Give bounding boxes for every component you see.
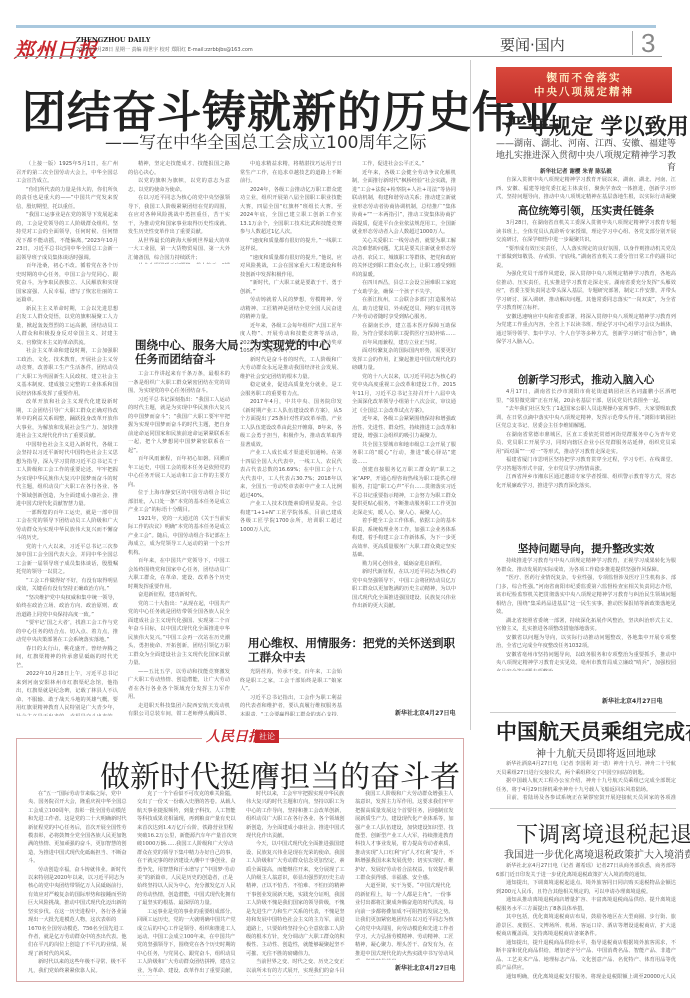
paragraph: 安徽省亳州市坚持问题导向，以政务服务和专项整治为重要抓手，推动中央八项规定精神学… (496, 651, 676, 672)
right-article-2-body: 新华社酒泉4月27日电（记者 李国利 刘一诺）神舟十九号、神舟二十号航天员乘组2… (496, 760, 676, 800)
paragraph: 时代以来，工会牢牢把握实现中华民族伟大复兴的时代主题和方向，坚持以职工为中心的工… (246, 790, 346, 840)
topic-banner: 锲而不舍落实 中央八项规定精神 (496, 67, 672, 103)
section-divider (490, 808, 676, 809)
paragraph: 湖北省按照省委统一部署，持续深化拓展作风整治，坚决纠治形式主义、官僚主义，扎实推… (496, 617, 676, 634)
paragraph: 走进职天科技集团六院西安航天发动机有限公司总装车间，钳工老师傅头戴面罩、手拿焊枪… (128, 702, 230, 717)
banner-line-1: 锲而不舍落实 (496, 71, 672, 85)
paragraph: 习近平总书记指出，工会作为职工利益的代表者和维护者，要认真履行维权服务基本职责，… (240, 694, 342, 717)
paragraph: 一部辉煌的百年工运史，就是一部中国工会在党的领导下团结动员工人阶级和广大劳动群众… (16, 509, 118, 543)
right-article-2-subheadline: 神十九航天员即将返回地球 (536, 745, 656, 760)
banner-line-2: 中央八项规定精神 (496, 85, 672, 99)
paragraph: 当前世界之变、时代之变、历史之变正以前所未有的方式展开，实现我们的奋斗目标，推进… (246, 958, 346, 976)
paragraph: 党的二十大指出：“从现在起，中国共产党的中心任务就是团结带领全国各族人民全面建成… (128, 600, 230, 668)
paragraph: 据中国载人航天工程办公室介绍，神舟十九号航天员乘组已完成全部既定任务，将于4月2… (496, 777, 676, 794)
paragraph: 近年来，各级工会健全劳动争议化解机制，全面推行新时代“枫桥经验”社会实践，推进“… (352, 169, 456, 237)
paragraph: 习近平总书记深刻指出：“我国工人运动的时代主题，就是为实现中华民族伟大复兴的中国… (128, 396, 230, 456)
paragraph: 福建则注重因地制宜，营造良好社会氛围，坚持把严的基调、实的要求贯穿学习教育全过程… (496, 347, 676, 348)
paragraph: 在四川西昌，县总工会设立困难职工家庭子女助学金，确保一个孩子不失学。 (352, 279, 456, 296)
right-article-1-section-3-body: 持续推进学习教育与中央八项规定精神学习教育，正视学习成果转化为服务群众、推动发展… (496, 557, 676, 671)
right-article-3-headline: 下调离境退税起退点 (516, 818, 690, 849)
paragraph: 3月28日，在湖南省直机关工委深入贯彻中央八项规定精神学习教育专题读书班上，全体… (496, 219, 676, 245)
paragraph: 4月17日，湖南省长沙市浏阳市荷花街道鹤园社区名词鑫鹏小区酒吧里，“邻里微党课”… (496, 388, 676, 405)
paragraph: “我国工运事业是在党的领导下发展起来的，工会是党领导的工人阶级群众组织。坚持党对… (16, 211, 118, 262)
paragraph: “去年我们社区发生了1起国家公职人员违规操办宴席事件，大家要吸取教训，在日常点滴… (496, 405, 676, 431)
paragraph: 从世界最长的跨海大桥到世界最大的单一大工业园，第一大货物贸易国、第一大外汇储备国… (128, 237, 230, 263)
right-article-2-headline: 中国航天员乘组完成在轨交接 (496, 716, 690, 746)
paragraph: 新华社北京4月27日电（记者 谢希瑶）记者27日从商务部获悉，商务部等6部门近日… (496, 862, 676, 879)
masthead-bottom-rule (16, 56, 662, 57)
paragraph: （上接一版）1925年5月1日，在广州召开的第二次全国劳动大会上，中华全国总工会… (16, 160, 118, 186)
paragraph: 中国特色社会主义进入新时代，各级工会坚持以习近平新时代中国特色社会主义思想为指导… (16, 441, 118, 509)
paragraph: 奋进新征程，建功新时代。 (128, 591, 230, 600)
paragraph: 在以习近平同志为核心的党中央坚强领导下，我国工人阶级紧紧团结在党的周围，在应对各… (128, 194, 230, 237)
paragraph: 勠力同心创伟业，砥砺奋进启新程。 (352, 560, 456, 569)
paragraph: 中追求精益求精，将精湛技巧运用于日常生产工作，在追求卓越技艺的道路上不断前行。 (240, 160, 342, 186)
paragraph: 改革开放和社会主义现代化建设新时期，工会团结引导广大职工群众正确对待改革中的利益… (16, 398, 118, 441)
right-article-1-intro: 自深入贯彻中央八项规定精神学习教育开展以来，湖南、湖北、河南、江西、安徽、福建等… (496, 176, 676, 202)
paragraph: 大道至简，实干为要。“中国式现代化的新征程上，每一个人都是主角”。一份事业付出都… (355, 882, 455, 960)
paragraph: 从北斗组网到天宫翱翔，载人航天、“嫦娥”揽月、“天问”探火，“蛟龙”“奋斗者”号… (128, 262, 230, 264)
paragraph: 通知提出，下调离境退税起退点。境外旅客同日同店购买退税物品金额达到200元人民币… (496, 879, 676, 896)
masthead-top-rule (16, 25, 656, 28)
right-article-1-section-3-title: 坚持问题导向，提升整改实效 (496, 541, 676, 556)
main-article-column-2-top: 精神，坚定走技能成才、技能报国之路的信心决心。 以党的旗帜为旗帜，以党的意志为意… (128, 160, 230, 264)
paragraph: “新时代，广大职工就是要敢于干、勇于创新。” (240, 279, 342, 296)
right-article-3-body: 新华社北京4月27日电（记者 谢希瑶）记者27日从商务部获悉，商务部等6部门近日… (496, 862, 676, 980)
paragraph: 劳动创造幸福，奋斗铸就伟业。新时代以来特别是2020年以来，以习近平同志为核心的… (28, 866, 128, 958)
paragraph: 近年来，各级工会紧紧围绕保持和增强政治性、先进性、群众性，持续推进工会改革和建设… (352, 415, 456, 441)
paragraph: 以党的旗帜为旗帜，以党的意志为意志，以党的使命为使命。 (128, 177, 230, 194)
paragraph: 着手健全工会工作体系，依据工会的基本职责，系统梳理业务工作，加强工会业务体系构建… (352, 517, 456, 560)
main-article-dateline: 新华社北京4月27日电 (395, 708, 456, 717)
paragraph: 今天，以中国式现代化全面推进强国建设、民族复兴伟业是现在光荣的使命。我国工人阶级… (246, 840, 346, 958)
paragraph: 新时代以来的这些年极不寻常、极不平凡，我们党始终紧紧依靠人民。 (28, 958, 128, 975)
paragraph: 在“五一”国际劳动节来临之际，党中央、国务院召开大会，隆重庆祝中华全国总工会成立… (28, 790, 128, 866)
paragraph: “医疗、医药行业情况复杂，专业性强，专项监督涉及医疗卫生机构多、部门多，综合性强… (496, 574, 676, 617)
paragraph: 稳定就业，促进高质量充分就业，是工会服务职工的重要着力点。 (240, 381, 342, 398)
paragraph: 通知提出，提升退税商品供给水平，指导退税商店根据境外旅客需求，不断丰富和优化商品… (496, 939, 676, 973)
paragraph: 劳动铸就着人民的梦想，劳模精神、劳动精神、工匠精神是团结全党全国人民奋进的精神力… (240, 296, 342, 322)
main-article-column-2-bottom: 工会工作讲起来有千条万条，最根本的一条是组织广大职工群众紧密团结在党的周围，为实… (128, 370, 230, 716)
main-article-column-3-bottom: 光阴荏苒，传承不变。百年来，工会始终是职工之家，工会干部始终是职工“娘家人”。 … (240, 668, 342, 716)
paragraph: 工运事业是党的事业的重要组成部分。回顾工运历史，党的一大就明确中国共产党成立后的… (137, 908, 237, 976)
section-label: 要闻·国内 (500, 34, 565, 55)
paragraph: 创建直接服务亿万职工群众的“职工之家”APP，开通心理咨询热线为职工提供心理服务… (352, 466, 456, 517)
main-article-column-3: 中追求精益求精，将精湛技巧运用于日常生产工作，在追求卓越技艺的道路上不断前行。 … (240, 160, 342, 610)
paragraph: 通知从推动离境退税商店增量扩容、丰富离境退税商品供给、提升离境退税服务水平三方面… (496, 896, 676, 913)
paragraph: 百年风雨兼程，百年初心如磐。回溯百年工运史，中国工会的根本任务是依照党的中心任务… (128, 455, 230, 489)
editorial-column-1: 在“五一”国际劳动节来临之际，党中央、国务院召开大会，隆重庆祝中华全国总工会成立… (28, 790, 128, 976)
paragraph: 光阴荏苒，传承不变。百年来，工会始终是职工之家，工会干部始终是职工“娘家人”。 (240, 668, 342, 694)
column-rule (470, 60, 471, 730)
paragraph: 我国工人阶级和广大劳动群众增强主人翁意识，发挥主力军作用。这要求我们牢牢把握高质… (355, 790, 455, 882)
paragraph: 百年风雨兼程，建功立业正当时。 (352, 339, 456, 348)
paragraph: 新时代是奋斗者的时代，工人阶级和广大劳动群众永远是推动我国经济社会发展、维护社会… (240, 356, 342, 382)
section-divider (490, 712, 676, 713)
issue-meta: 2025年4月28日 星期一 责编 周世宇 校对 郑阳红 E-mail:zzrb… (76, 46, 253, 53)
right-article-1-section-1-title: 高位统筹引领，压实责任链条 (496, 203, 676, 218)
main-subheadline: ——写在中华全国总工会成立100周年之际 (105, 128, 426, 153)
paragraph: “坚决维护党中央权威和集中统一领导，始终在政治立场、政治方向、政治原则、政治道路… (16, 594, 118, 620)
paragraph: 2017年4月，中共中央、国务院印发《新时期产业工人队伍建设改革方案》，从5个方… (240, 398, 342, 449)
right-article-1-section-2-body: 4月17日，湖南省长沙市浏阳市荷花街道鹤园社区名词鑫鹏小区酒吧里，“邻里微党课”… (496, 388, 676, 535)
paragraph: “要形成有效压实责任，人人落实规定的良好氛围，以身作则推动机关党员干部做到知敬畏… (496, 245, 676, 271)
right-article-1-section-2-title: 创新学习形式，推动入脑入心 (496, 372, 676, 387)
right-article-1-headline: 严守规定 学以致用 (505, 110, 689, 141)
paragraph: 在浙江杭州，工会联合多部门打造服务站点，助力送餐员、外卖配送员、网约车司机等户外… (352, 296, 456, 322)
editorial-column-3: 时代以来，工会牢牢把握实现中华民族伟大复兴的时代主题和方向，坚持以职工为中心的工… (246, 790, 346, 976)
editorial-column-2: 克了一个个看似不可攻克的难关险隘，交出了一份又一份载入史册的答卷。从载人航天事业… (137, 790, 237, 976)
paragraph: 通知明确，优化离境退税支付服务。将现金退税限额上调至20000元人民币。 (496, 973, 676, 981)
newspaper-english-name: ZHENGZHOU DAILY (76, 36, 150, 44)
paragraph: 新时代新征程，在以习近平同志为核心的党中央坚强领导下，中国工会将团结动员亿万职工… (352, 568, 456, 611)
paragraph: “工会工作做得好不好，有没有取得明显成效，关键看有没有坚持正确政治方向。” (16, 577, 118, 594)
right-article-1-dateline: 新华社北京4月27日电 (602, 696, 663, 705)
paragraph: “你们所代表的力量是伟大的，你们所负的责任也是重大的——”中国共产党发来贺信，殷… (16, 186, 118, 212)
paragraph: 目前，着陆场及各参试系统正在紧锣密鼓开展迎接航天员回家的各项准备。 (496, 794, 676, 800)
paragraph: 春日的太行山，桃花盛开。曾经奔腾之间，红旗渠精神的传承愈显砥砺的时代光芒。 (16, 645, 118, 671)
editorial-dateline: 新华社北京4月27日电 (395, 963, 456, 972)
paragraph: 在湖南省常德市鼎城区，区直工委依托常德河街党群服务中心为青年党员、党员职工开展学… (496, 431, 676, 457)
paragraph: 工会工作讲起来有千条万条，最根本的一条是组织广大职工群众紧密团结在党的周围，为实… (128, 370, 230, 396)
paragraph: 江西省萍乡市湘东区通过邀请专家学者授课、组织警示教育等方式，常态化开展廉政学习，… (496, 473, 676, 490)
paragraph: 安徽省以问题为导向，以实际行动推动问题整改，各地集中开展专项整治，全省已完成全年… (496, 634, 676, 651)
paragraph: 为强化党员干部作风建设，深入贯彻中央八项规定精神学习教育，各地高位推动、压实责任… (496, 270, 676, 313)
page-number-divider (632, 31, 633, 55)
paragraph: 近年来，各级工会每年组织“大国工匠年度人物”、开展劳动和技能竞赛等活动，2021… (240, 322, 342, 356)
paragraph: 百年沧桑，初心不改。循着党在各个历史时期的中心任务，中国工会与党同心、跟党奋斗，… (16, 262, 118, 305)
paragraph: 2024年，各级工会推动亿万职工群众建功立业，组织开展第八届全国职工职业技能大赛… (240, 186, 342, 237)
paragraph: 工作，促进社会公平正义。” (352, 160, 456, 169)
paragraph: 关心关爱职工一线劳动者，就要为职工解决急难愁盼问题。尤其是要关注新就业形态劳动者… (352, 237, 456, 280)
paragraph: 精神，坚定走技能成才、技能报国之路的信心决心。 (128, 160, 230, 177)
main-article-column-4: 工作，促进社会公平正义。” 近年来，各级工会健全劳动争议化解机制，全面推行新时代… (352, 160, 456, 705)
paragraph: “速度和质量都有很好的提升。”他说，应对风险挑战，工会在国家重大工程建设和科技创… (240, 254, 342, 280)
paragraph: 党的十八大以来，习近平总书记三次参加中国工会全国代表大会，并同中华全国总工会新一… (16, 543, 118, 577)
paragraph: 社会主义革命和建设时期，工会加强职工政治、文化、技术教育，开展社会主义劳动竞赛，… (16, 347, 118, 398)
main-article-column-1: （上接一版）1925年5月1日，在广州召开的第二次全国劳动大会上，中华全国总工会… (16, 160, 118, 716)
paragraph: 党的十八大以来，以习近平同志为核心的党中央高度重视工会改革和建设工作。2015年… (352, 373, 456, 416)
paragraph: 位于上海市静安区的中国劳动组合书记部旧址，入口处一条“本党的基本任务是成立产业工… (128, 489, 230, 515)
paragraph: 面对纷繁复杂的国际国内形势，需要更好发挥工会的作用，汇聚起推进中国式现代化的磅礴… (352, 347, 456, 373)
paragraph: “要牢记‘国之大者’，找准工会工作与党的中心任务的结合点、切入点、着力点，推动党… (16, 619, 118, 645)
paragraph: 百年来，在中国共产党领导下，中国工会始终围绕党和国家中心任务，团结动员广大职工群… (128, 557, 230, 591)
paragraph: 在湖南长沙，建立基本医疗保障互助保险，为符合要求的职工提供医疗互助补贴…… (352, 322, 456, 339)
paragraph: ——五比五学，以劳动和技能竞赛激发广大职工劳动热情、创造潜能，让广大劳动者在各行… (128, 668, 230, 702)
paragraph: 其中包括，优化离境退税商店布局，鼓励各地区在大型商圈、步行街、旅游景区、度假区、… (496, 913, 676, 939)
right-article-3-subheadline: 我国进一步优化离境退税政策扩大入境消费 (504, 846, 690, 861)
right-article-1-section-1-body: 3月28日，在湖南省直机关工委深入贯彻中央八项规定精神学习教育专题读书班上，全体… (496, 219, 676, 347)
right-article-1-byline: 新华社记者 谢樱 朱青 陈弘毅 (540, 167, 612, 175)
paragraph: 安徽迅速响应中央和省委部署，将深入贯彻中央八项规定精神学习教育列为党建工作重点内… (496, 313, 676, 347)
paragraph: 产业工人技术技能素质明显提高。全总构建“1+1+N”工匠学院体系，目前已建成各级… (240, 500, 342, 534)
paragraph: 新华社酒泉4月27日电（记者 李国利 刘一诺）神舟十九号、神舟二十号航天员乘组2… (496, 760, 676, 777)
paragraph: 新民主主义革命时期，工会以先进思想启发工人群众觉悟，以党的旗帜凝聚工人力量，掀起… (16, 305, 118, 348)
paragraph: 自深入贯彻中央八项规定精神学习教育开展以来，湖南、湖北、河南、江西、安徽、福建等… (496, 176, 676, 202)
editorial-tag: 社论 (255, 730, 279, 743)
paragraph: 产业工人成长成才渠道更加通畅。在第十四届全国人大代表中，一线工人、农民代表占代表… (240, 449, 342, 500)
editorial-column-4: 我国工人阶级和广大劳动群众增强主人翁意识，发挥主力军作用。这要求我们牢牢把握高质… (355, 790, 455, 960)
paragraph: 克了一个个看似不可攻克的难关险隘，交出了一份又一份载入史册的答卷。从载人航天事业… (137, 790, 237, 908)
paragraph: 福建省厦门市思明区坚持把学习教育贯穿全过程，学习专栏、在线课堂、学习答题等形式丰… (496, 456, 676, 473)
page-number: 3 (641, 28, 655, 59)
paragraph: 共全国主要城市和地市级总工会开展了服务职工的“暖心”行动，推进“暖心驿站”建设…… (352, 441, 456, 467)
paragraph: 持续推进学习教育与中央八项规定精神学习教育，正视学习成果转化为服务群众、推动发展… (496, 557, 676, 574)
paragraph: 2022年10月28日上午，习近平总书记来到河南安阳林州市红旗渠纪念馆，他指出，… (16, 670, 118, 716)
paragraph: 1921年，党的一大通过的《关于当前实际工作的决议》明确“本党的基本任务是成立产… (128, 515, 230, 558)
paragraph: “速度和质量都有很好的提升。”一线职工这样说。 (240, 237, 342, 254)
